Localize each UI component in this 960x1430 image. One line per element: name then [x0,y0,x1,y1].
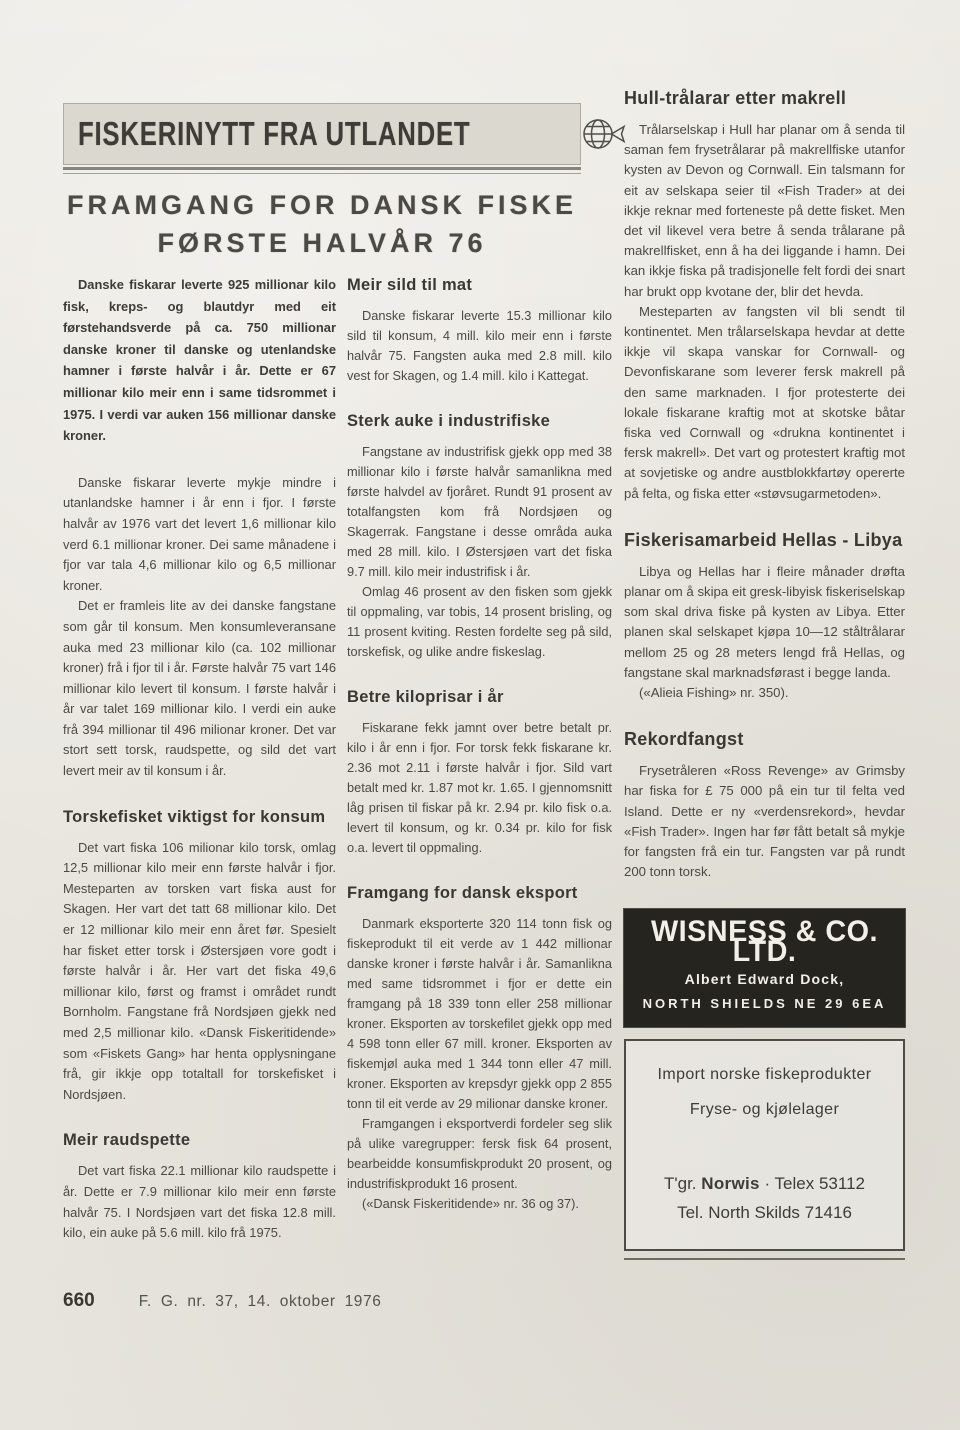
ad-header-block: WISNESS & CO. LTD. Albert Edward Dock, N… [624,909,905,1028]
ad-telegraph-name: Norwis [701,1174,759,1193]
ad-telex: · Telex 53112 [764,1174,865,1193]
ad-telegraph-line: T'gr. Norwis · Telex 53112 [634,1174,895,1194]
lead-paragraph: Danske fiskarar leverte 925 millionar ki… [63,274,336,447]
page-number: 660 [63,1290,95,1312]
page-footer: 660 F. G. nr. 37, 14. oktober 1976 [63,1290,593,1312]
section-banner: FISKERINYTT FRA UTLANDET [63,103,581,165]
section-heading-raudspette: Meir raudspette [63,1129,336,1152]
issue-info: F. G. nr. 37, 14. oktober 1976 [139,1293,382,1311]
paragraph: Libya og Hellas har i fleire månader drø… [624,562,905,683]
paragraph: Fiskarane fekk jamnt over betre betalt p… [347,718,612,858]
section-heading-sild: Meir sild til mat [347,274,612,297]
paragraph: Danske fiskarar leverte 15.3 millionar k… [347,306,612,386]
banner-title: FISKERINYTT FRA UTLANDET [78,115,470,153]
paragraph: Frysetråleren «Ross Revenge» av Grimsby … [624,761,905,882]
paragraph: Danmark eksporterte 320 114 tonn fisk og… [347,914,612,1114]
globe-fish-icon [581,116,627,152]
section-heading-hellas-libya: Fiskerisamarbeid Hellas - Libya [624,528,905,553]
column-middle: Meir sild til mat Danske fiskarar levert… [347,274,612,1214]
section-heading-kiloprisar: Betre kiloprisar i år [347,686,612,709]
ad-info-box: Import norske fiskeprodukter Fryse- og k… [624,1039,905,1251]
article-title-line1: FRAMGANG FOR DANSK FISKE [67,190,577,220]
paragraph: Det vart fiska 106 milionar kilo torsk, … [63,838,336,1106]
banner-divider-thin [63,173,581,174]
column-left: Danske fiskarar leverte 925 millionar ki… [63,274,336,1244]
paragraph: Trålarselskap i Hull har planar om å sen… [624,120,905,302]
magazine-page: FISKERINYTT FRA UTLANDET FRAMGANG FOR DA… [0,0,960,1430]
ad-service-line2: Fryse- og kjølelager [634,1100,895,1120]
section-heading-hull-tralarar: Hull-trålarar etter makrell [624,86,905,111]
source-citation: («Dansk Fiskeritidende» nr. 36 og 37). [347,1194,612,1214]
paragraph: Omlag 46 prosent av den fisken som gjekk… [347,582,612,662]
paragraph: Det er framleis lite av dei danske fangs… [63,596,336,781]
section-heading-torskefisket: Torskefisket viktigst for konsum [63,806,336,829]
paragraph: Framgangen i eksportverdi fordeler seg s… [347,1114,612,1194]
section-heading-industrifiske: Sterk auke i industrifiske [347,410,612,433]
article-title-line2: FØRSTE HALVÅR 76 [157,228,486,258]
column-right: Hull-trålarar etter makrell Trålarselska… [624,86,905,1260]
paragraph: Det vart fiska 22.1 millionar kilo rauds… [63,1161,336,1243]
ad-telegraph-label: T'gr. [664,1174,697,1193]
ad-phone-line: Tel. North Skilds 71416 [634,1203,895,1223]
paragraph: Mesteparten av fangsten vil bli sendt ti… [624,302,905,504]
article-title: FRAMGANG FOR DANSK FISKE FØRSTE HALVÅR 7… [43,186,601,262]
ad-company-name: WISNESS & CO. LTD. [635,922,893,962]
section-heading-eksport: Framgang for dansk eksport [347,882,612,905]
section-heading-rekordfangst: Rekordfangst [624,727,905,752]
paragraph: Danske fiskarar leverte mykje mindre i u… [63,473,336,597]
banner-divider [63,167,581,170]
ad-address-line2: NORTH SHIELDS NE 29 6EA [630,994,899,1014]
source-citation: («Alieia Fishing» nr. 350). [624,683,905,703]
paragraph: Fangstane av industrifisk gjekk opp med … [347,442,612,582]
ad-bottom-rule [624,1258,905,1260]
ad-address-line1: Albert Edward Dock, [630,969,899,989]
ad-service-line1: Import norske fiskeprodukter [634,1065,895,1085]
advertisement-wisness: WISNESS & CO. LTD. Albert Edward Dock, N… [624,909,905,1261]
